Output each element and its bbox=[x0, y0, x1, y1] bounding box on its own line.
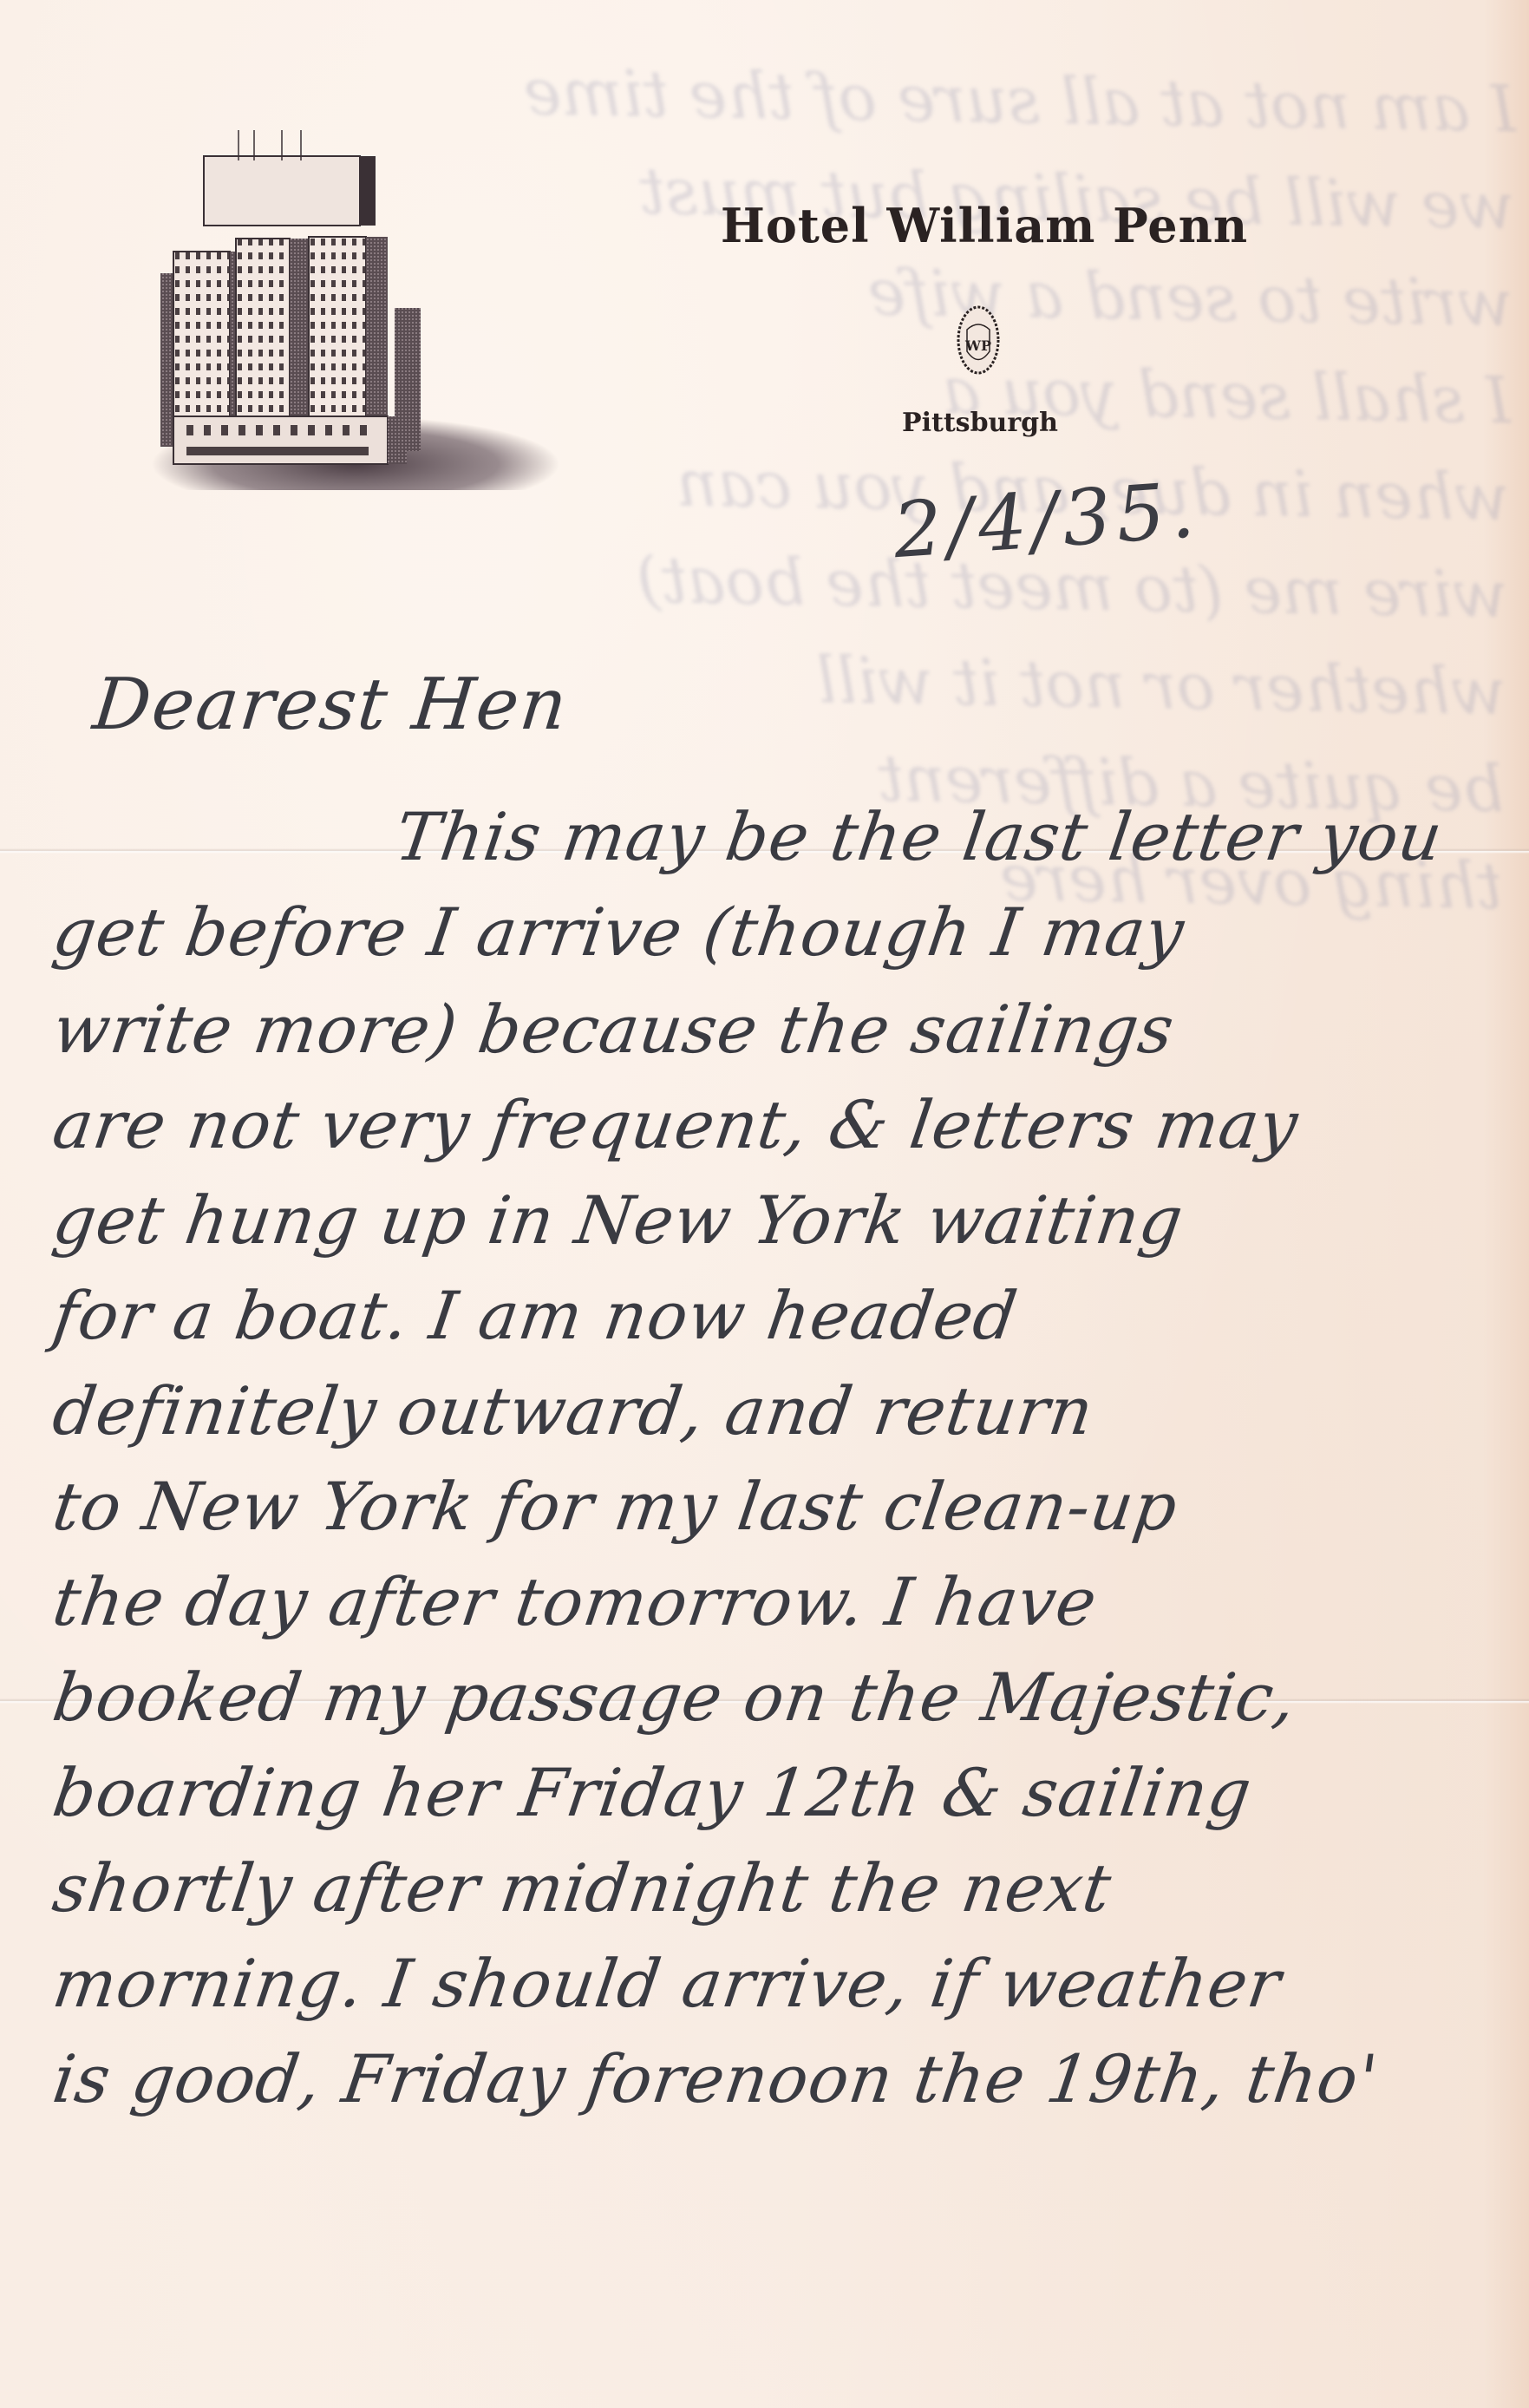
body-line: definitely outward, and return bbox=[49, 1372, 1099, 1449]
hotel-building-illustration bbox=[152, 82, 559, 490]
hotel-name: Hotel William Penn bbox=[698, 198, 1271, 253]
svg-text:WP: WP bbox=[964, 337, 991, 354]
body-line: get hung up in New York waiting bbox=[49, 1181, 1188, 1259]
body-line: shortly after midnight the next bbox=[49, 1849, 1116, 1927]
body-line: is good, Friday forenoon the 19th, tho' bbox=[49, 2040, 1383, 2117]
body-line: to New York for my last clean-up bbox=[49, 1468, 1183, 1545]
monogram-crest-icon: WP bbox=[957, 304, 1000, 376]
body-line: boarding her Friday 12th & sailing bbox=[49, 1754, 1257, 1831]
hotel-city: Pittsburgh bbox=[859, 408, 1101, 438]
body-line: get before I arrive (though I may bbox=[49, 893, 1189, 971]
body-line: This may be the last letter you bbox=[391, 798, 1447, 875]
body-line: write more) because the sailings bbox=[49, 991, 1179, 1068]
salutation: Dearest Hen bbox=[89, 664, 572, 746]
body-line: morning. I should arrive, if weather bbox=[49, 1945, 1286, 2022]
body-line: are not very frequent, & letters may bbox=[49, 1086, 1304, 1163]
body-line: the day after tomorrow. I have bbox=[49, 1563, 1102, 1640]
body-line: booked my passage on the Majestic, bbox=[49, 1659, 1301, 1736]
body-line: for a boat. I am now headed bbox=[49, 1277, 1023, 1354]
